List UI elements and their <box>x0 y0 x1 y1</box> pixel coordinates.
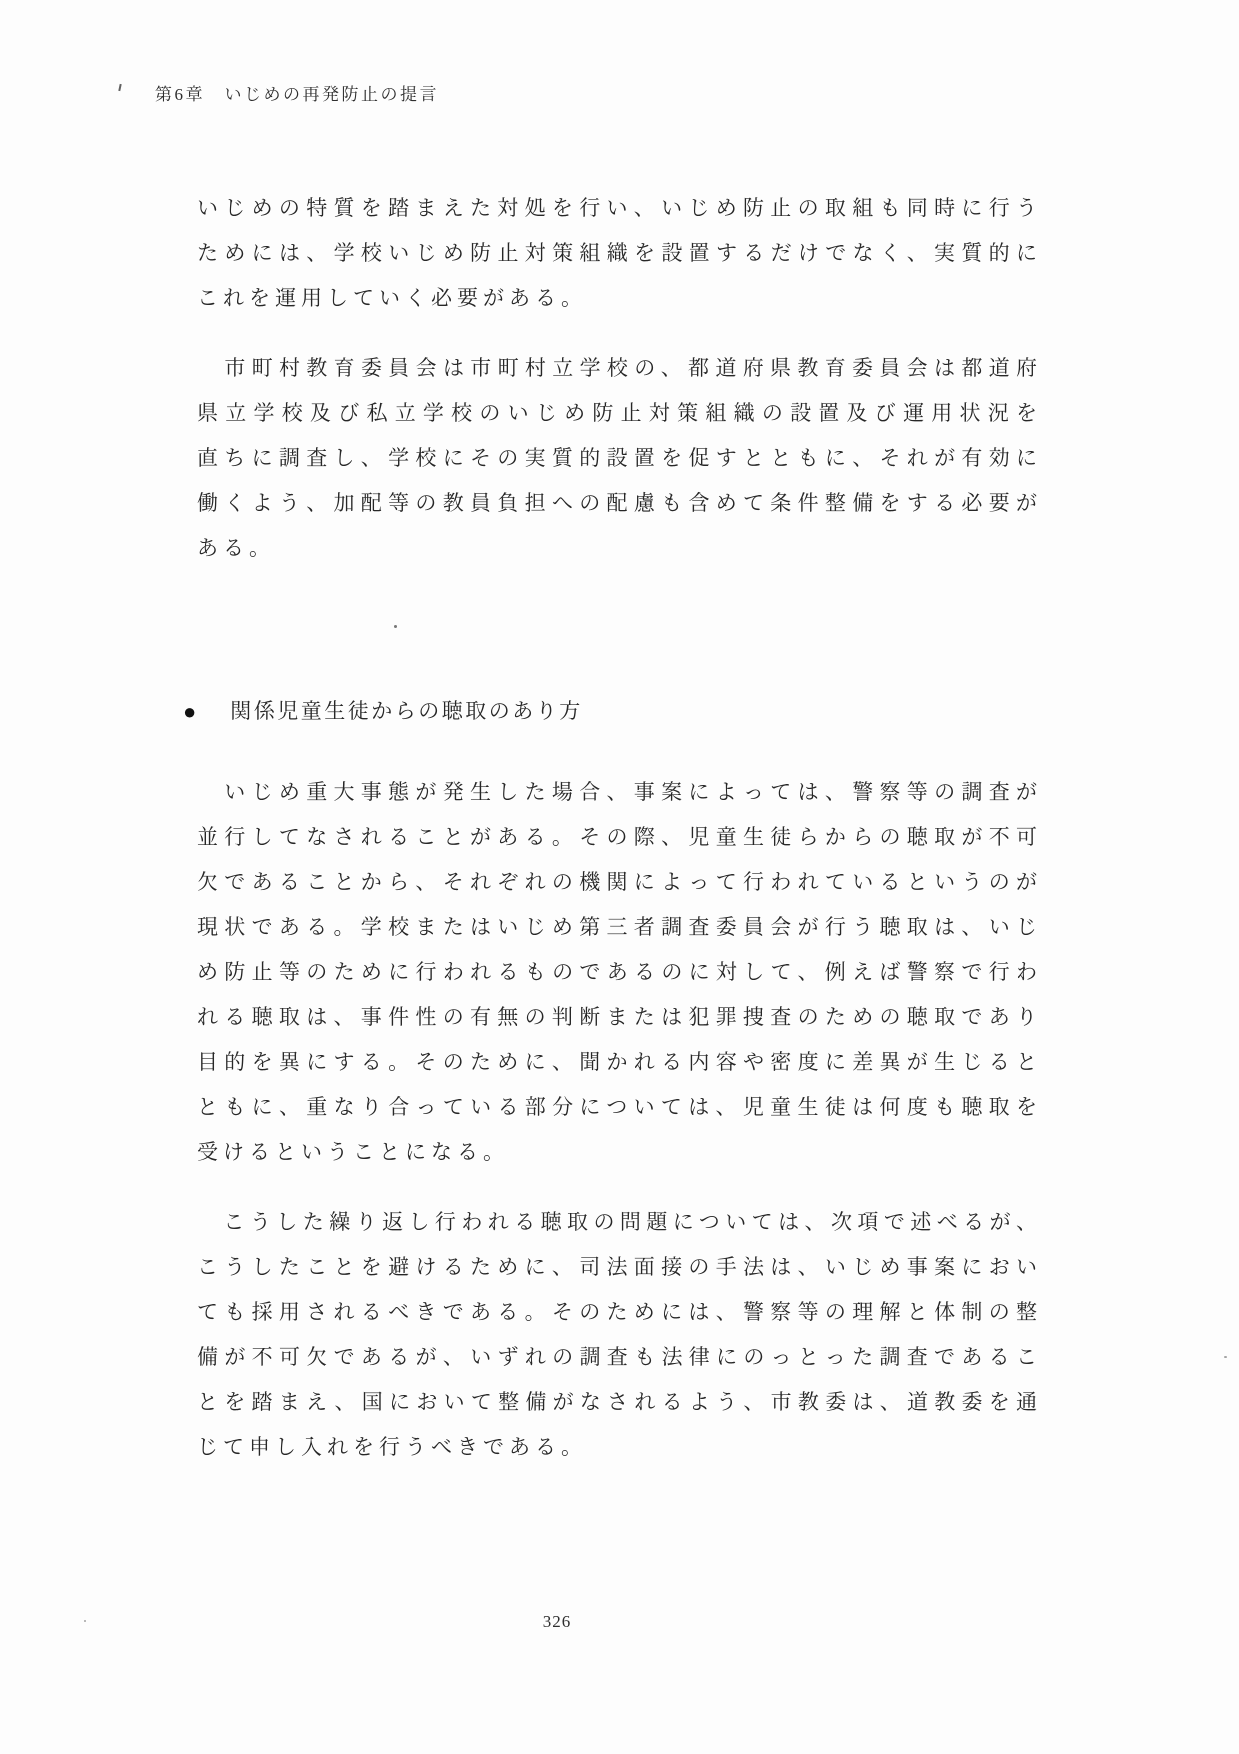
document-page: 第6章 いじめの再発防止の提言 いじめの特質を踏まえた対処を行い、いじめ防止の取… <box>0 0 1239 1754</box>
scan-speck <box>394 625 397 628</box>
chapter-header: 第6章 いじめの再発防止の提言 <box>155 80 439 105</box>
text-line: ても採用されるべきである。そのためには、警察等の理解と体制の整 <box>197 1290 1042 1335</box>
text-line: こうしたことを避けるために、司法面接の手法は、いじめ事案におい <box>197 1245 1042 1290</box>
text-line: こうした繰り返し行われる聴取の問題については、次項で述べるが、 <box>197 1200 1042 1245</box>
text-line: 働くよう、加配等の教員負担への配慮も含めて条件整備をする必要が <box>197 481 1042 526</box>
bullet-icon: ● <box>183 689 196 734</box>
text-line: 直ちに調査し、学校にその実質的設置を促すとともに、それが有効に <box>197 436 1042 481</box>
text-line: れる聴取は、事件性の有無の判断または犯罪捜査のための聴取であり <box>197 995 1042 1040</box>
text-line: ためには、学校いじめ防止対策組織を設置するだけでなく、実質的に <box>197 231 1042 276</box>
text-line: 目的を異にする。そのために、聞かれる内容や密度に差異が生じると <box>197 1040 1042 1085</box>
text-line: 市町村教育委員会は市町村立学校の、都道府県教育委員会は都道府 <box>197 346 1042 391</box>
paragraph: いじめの特質を踏まえた対処を行い、いじめ防止の取組も同時に行うためには、学校いじ… <box>197 186 1042 321</box>
text-line: 県立学校及び私立学校のいじめ防止対策組織の設置及び運用状況を <box>197 391 1042 436</box>
text-line: じて申し入れを行うべきである。 <box>197 1425 1042 1470</box>
page-number: 326 <box>497 1612 617 1632</box>
paragraph: こうした繰り返し行われる聴取の問題については、次項で述べるが、こうしたことを避け… <box>197 1200 1042 1470</box>
scan-speck <box>84 1620 86 1622</box>
text-line: これを運用していく必要がある。 <box>197 276 1042 321</box>
section-heading: ●関係児童生徒からの聴取のあり方 <box>183 689 1042 734</box>
text-line: いじめの特質を踏まえた対処を行い、いじめ防止の取組も同時に行う <box>197 186 1042 231</box>
scan-speck <box>118 84 121 91</box>
text-line: 欠であることから、それぞれの機関によって行われているというのが <box>197 860 1042 905</box>
text-line: 現状である。学校またはいじめ第三者調査委員会が行う聴取は、いじ <box>197 905 1042 950</box>
scan-speck <box>1224 1356 1227 1358</box>
text-line: ともに、重なり合っている部分については、児童生徒は何度も聴取を <box>197 1085 1042 1130</box>
paragraph: 市町村教育委員会は市町村立学校の、都道府県教育委員会は都道府県立学校及び私立学校… <box>197 346 1042 571</box>
text-line: とを踏まえ、国において整備がなされるよう、市教委は、道教委を通 <box>197 1380 1042 1425</box>
section-heading-text: 関係児童生徒からの聴取のあり方 <box>230 689 583 734</box>
text-line: ある。 <box>197 526 1042 571</box>
document-body: いじめの特質を踏まえた対処を行い、いじめ防止の取組も同時に行うためには、学校いじ… <box>197 186 1042 1495</box>
text-line: 並行してなされることがある。その際、児童生徒らからの聴取が不可 <box>197 815 1042 860</box>
text-line: め防止等のために行われるものであるのに対して、例えば警察で行わ <box>197 950 1042 995</box>
text-line: 受けるということになる。 <box>197 1130 1042 1175</box>
text-line: 備が不可欠であるが、いずれの調査も法律にのっとった調査であるこ <box>197 1335 1042 1380</box>
paragraph: いじめ重大事態が発生した場合、事案によっては、警察等の調査が並行してなされること… <box>197 770 1042 1175</box>
text-line: いじめ重大事態が発生した場合、事案によっては、警察等の調査が <box>197 770 1042 815</box>
